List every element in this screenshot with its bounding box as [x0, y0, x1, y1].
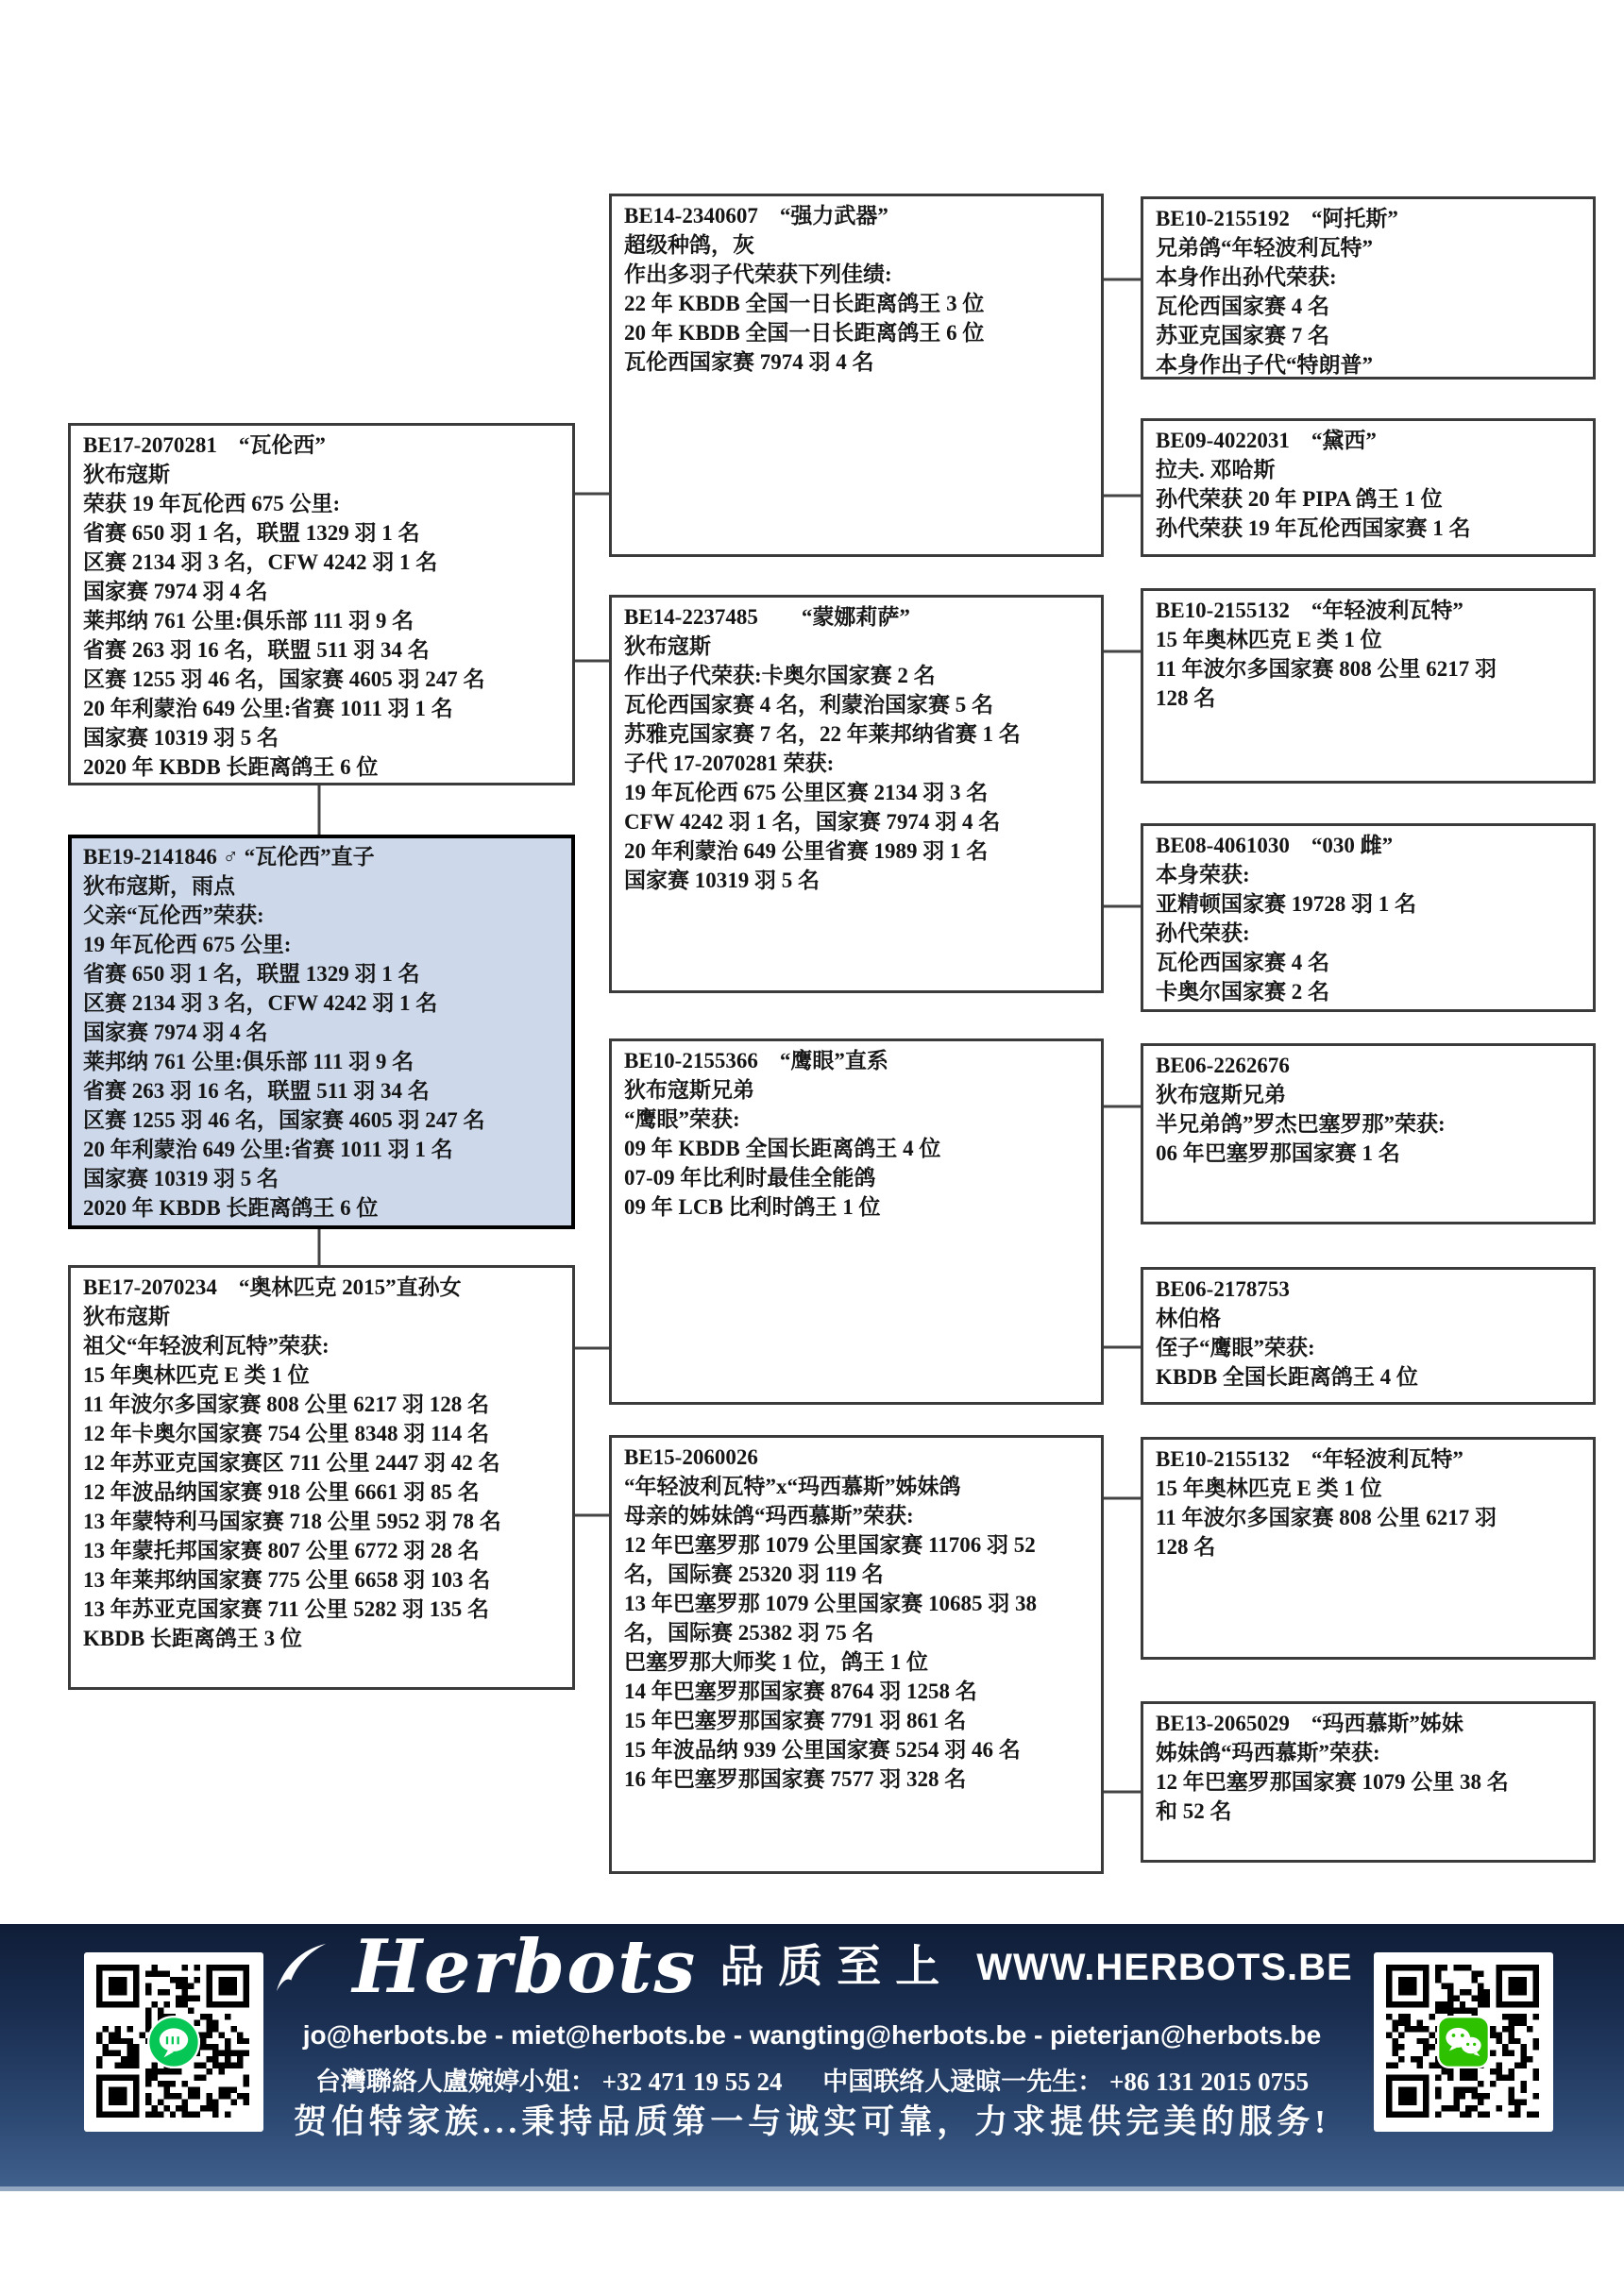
text-line: 荣获 19 年瓦伦西 675 公里:	[83, 489, 565, 518]
text-line: 孙代荣获:	[1156, 919, 1585, 948]
line-qr-code	[84, 1952, 263, 2132]
text-line: 区赛 1255 羽 46 名，国家赛 4605 羽 247 名	[83, 665, 565, 694]
text-line: 孙代荣获 20 年 PIPA 鸽王 1 位	[1156, 484, 1585, 514]
text-line: 拉夫. 邓哈斯	[1156, 455, 1585, 484]
text-line: 12 年巴塞罗那国家赛 1079 公里 38 名	[1156, 1767, 1585, 1797]
text-line: 半兄弟鸽”罗杰巴塞罗那”荣获:	[1156, 1109, 1585, 1139]
text-line: 11 年波尔多国家赛 808 公里 6217 羽 128 名	[83, 1390, 565, 1419]
text-line: 16 年巴塞罗那国家赛 7577 羽 328 名	[624, 1764, 1093, 1794]
text-line: 苏亚克国家赛 7 名	[1156, 321, 1585, 350]
text-line: 13 年巴塞罗那 1079 公里国家赛 10685 羽 38	[624, 1589, 1093, 1618]
text-line: 和 52 名	[1156, 1797, 1585, 1826]
text-line: 区赛 1255 羽 46 名，国家赛 4605 羽 247 名	[83, 1106, 565, 1135]
text-line: 亚精顿国家赛 19728 羽 1 名	[1156, 889, 1585, 919]
text-line: 13 年蒙托邦国家赛 807 公里 6772 羽 28 名	[83, 1536, 565, 1565]
text-line: 本身作出孙代荣获:	[1156, 262, 1585, 292]
text-line: 狄布寇斯	[624, 632, 1093, 661]
pedigree-box-ggp-5: BE06-2262676狄布寇斯兄弟半兄弟鸽”罗杰巴塞罗那”荣获:06 年巴塞罗…	[1141, 1043, 1596, 1224]
footer-content: Herbots 品质至上 WWW.HERBOTS.BE jo@herbots.b…	[241, 1924, 1383, 2186]
text-line: “鹰眼”荣获:	[624, 1105, 1093, 1134]
footer-banner: Herbots 品质至上 WWW.HERBOTS.BE jo@herbots.b…	[0, 1924, 1624, 2191]
text-line: 07-09 年比利时最佳全能鸽	[624, 1163, 1093, 1192]
text-line: 区赛 2134 羽 3 名，CFW 4242 羽 1 名	[83, 548, 565, 577]
text-line: 巴塞罗那大师奖 1 位，鸽王 1 位	[624, 1647, 1093, 1677]
text-line: 省赛 650 羽 1 名，联盟 1329 羽 1 名	[83, 959, 565, 988]
text-line: 11 年波尔多国家赛 808 公里 6217 羽	[1156, 654, 1585, 684]
text-line: 瓦伦西国家赛 4 名	[1156, 292, 1585, 321]
text-line: 15 年波品纳 939 公里国家赛 5254 羽 46 名	[624, 1735, 1093, 1764]
wechat-qr-code	[1374, 1952, 1553, 2132]
text-line: 12 年巴塞罗那 1079 公里国家赛 11706 羽 52	[624, 1530, 1093, 1560]
text-line: 22 年 KBDB 全国一日长距离鸽王 3 位	[624, 289, 1093, 318]
text-line: 12 年苏亚克国家赛区 711 公里 2447 羽 42 名	[83, 1448, 565, 1477]
wechat-app-icon	[1437, 2016, 1490, 2068]
text-line: 子代 17-2070281 荣获:	[624, 749, 1093, 778]
text-line: 超级种鸽，灰	[624, 230, 1093, 260]
text-line: 20 年利蒙治 649 公里省赛 1989 羽 1 名	[624, 836, 1093, 866]
text-line: 苏雅克国家赛 7 名，22 年莱邦纳省赛 1 名	[624, 719, 1093, 749]
pedigree-box-father: BE17-2070281 “瓦伦西”狄布寇斯荣获 19 年瓦伦西 675 公里:…	[68, 423, 575, 785]
text-line: 20 年利蒙治 649 公里:省赛 1011 羽 1 名	[83, 694, 565, 723]
text-line: 莱邦纳 761 公里:俱乐部 111 羽 9 名	[83, 1047, 565, 1076]
text-line: 姊妹鸽“玛西慕斯”荣获:	[1156, 1738, 1585, 1767]
text-line: 省赛 650 羽 1 名，联盟 1329 羽 1 名	[83, 518, 565, 548]
pedigree-box-ggp-8: BE13-2065029 “玛西慕斯”姊妹姊妹鸽“玛西慕斯”荣获:12 年巴塞罗…	[1141, 1701, 1596, 1863]
pedigree-box-grandsire-paternal: BE14-2340607 “强力武器”超级种鸽，灰作出多羽子代荣获下列佳绩:22…	[609, 194, 1104, 557]
text-line: 国家赛 10319 羽 5 名	[83, 1164, 565, 1193]
contact-taiwan: 台灣聯絡人盧婉婷小姐： +32 471 19 55 24	[315, 2068, 783, 2096]
text-line: 15 年奥林匹克 E 类 1 位	[1156, 1474, 1585, 1503]
text-line: KBDB 长距离鸽王 3 位	[83, 1624, 565, 1653]
text-line: 孙代荣获 19 年瓦伦西国家赛 1 名	[1156, 514, 1585, 543]
text-line: 128 名	[1156, 684, 1585, 713]
text-line: 11 年波尔多国家赛 808 公里 6217 羽	[1156, 1503, 1585, 1532]
pedigree-box-granddam-paternal: BE14-2237485 “蒙娜莉萨”狄布寇斯作出子代荣获:卡奥尔国家赛 2 名…	[609, 595, 1104, 993]
text-line: 兄弟鸽“年轻波利瓦特”	[1156, 233, 1585, 262]
feather-icon	[271, 1938, 330, 1997]
text-line: 狄布寇斯，雨点	[83, 871, 565, 901]
text-line: BE13-2065029 “玛西慕斯”姊妹	[1156, 1709, 1585, 1738]
pedigree-box-granddam-maternal: BE15-2060026“年轻波利瓦特”x“玛西慕斯”姊妹鸽母亲的姊妹鸽“玛西慕…	[609, 1435, 1104, 1874]
text-line: 15 年巴塞罗那国家赛 7791 羽 861 名	[624, 1706, 1093, 1735]
text-line: 128 名	[1156, 1532, 1585, 1562]
text-line: 19 年瓦伦西 675 公里:	[83, 930, 565, 959]
text-line: 区赛 2134 羽 3 名，CFW 4242 羽 1 名	[83, 988, 565, 1018]
website-url[interactable]: WWW.HERBOTS.BE	[976, 1947, 1352, 1989]
text-line: BE17-2070281 “瓦伦西”	[83, 430, 565, 460]
text-line: 名，国际赛 25320 羽 119 名	[624, 1560, 1093, 1589]
text-line: 国家赛 10319 羽 5 名	[83, 723, 565, 752]
text-line: BE09-4022031 “黛西”	[1156, 426, 1585, 455]
pedigree-box-grandsire-maternal: BE10-2155366 “鹰眼”直系狄布寇斯兄弟“鹰眼”荣获:09 年 KBD…	[609, 1038, 1104, 1405]
text-line: 09 年 LCB 比利时鸽王 1 位	[624, 1192, 1093, 1222]
text-line: 莱邦纳 761 公里:俱乐部 111 羽 9 名	[83, 606, 565, 635]
text-line: BE14-2237485 “蒙娜莉萨”	[624, 602, 1093, 632]
text-line: BE08-4061030 “030 雌”	[1156, 831, 1585, 860]
text-line: 卡奥尔国家赛 2 名	[1156, 977, 1585, 1006]
pedigree-box-ggp-6: BE06-2178753林伯格侄子“鹰眼”荣获:KBDB 全国长距离鸽王 4 位	[1141, 1267, 1596, 1405]
pedigree-box-mother: BE17-2070234 “奥林匹克 2015”直孙女狄布寇斯祖父“年轻波利瓦特…	[68, 1265, 575, 1690]
text-line: BE10-2155132 “年轻波利瓦特”	[1156, 1444, 1585, 1474]
text-line: 母亲的姊妹鸽“玛西慕斯”荣获:	[624, 1501, 1093, 1530]
text-line: 2020 年 KBDB 长距离鸽王 6 位	[83, 1193, 565, 1223]
brand-logo-text: Herbots	[352, 1926, 697, 2009]
text-line: 父亲“瓦伦西”荣获:	[83, 901, 565, 930]
text-line: 侄子“鹰眼”荣获:	[1156, 1333, 1585, 1362]
text-line: 作出子代荣获:卡奥尔国家赛 2 名	[624, 661, 1093, 690]
text-line: 20 年 KBDB 全国一日长距离鸽王 6 位	[624, 318, 1093, 347]
text-line: 瓦伦西国家赛 7974 羽 4 名	[624, 347, 1093, 377]
text-line: 2020 年 KBDB 长距离鸽王 6 位	[83, 752, 565, 782]
text-line: BE10-2155192 “阿托斯”	[1156, 204, 1585, 233]
text-line: 狄布寇斯兄弟	[624, 1075, 1093, 1105]
text-line: 20 年利蒙治 649 公里:省赛 1011 羽 1 名	[83, 1135, 565, 1164]
text-line: 瓦伦西国家赛 4 名，利蒙治国家赛 5 名	[624, 690, 1093, 719]
text-line: BE10-2155366 “鹰眼”直系	[624, 1046, 1093, 1075]
pedigree-box-ggp-4: BE08-4061030 “030 雌”本身荣获:亚精顿国家赛 19728 羽 …	[1141, 823, 1596, 1012]
text-line: CFW 4242 羽 1 名，国家赛 7974 羽 4 名	[624, 807, 1093, 836]
pedigree-page: BE17-2070281 “瓦伦西”狄布寇斯荣获 19 年瓦伦西 675 公里:…	[0, 0, 1624, 2296]
text-line: 13 年蒙特利马国家赛 718 公里 5952 羽 78 名	[83, 1507, 565, 1536]
text-line: 14 年巴塞罗那国家赛 8764 羽 1258 名	[624, 1677, 1093, 1706]
text-line: BE14-2340607 “强力武器”	[624, 201, 1093, 230]
contact-emails[interactable]: jo@herbots.be - miet@herbots.be - wangti…	[241, 2020, 1383, 2051]
text-line: KBDB 全国长距离鸽王 4 位	[1156, 1362, 1585, 1392]
text-line: BE15-2060026	[624, 1443, 1093, 1472]
text-line: 国家赛 7974 羽 4 名	[83, 577, 565, 606]
text-line: 19 年瓦伦西 675 公里区赛 2134 羽 3 名	[624, 778, 1093, 807]
line-app-icon	[147, 2016, 200, 2068]
contact-phones: 台灣聯絡人盧婉婷小姐： +32 471 19 55 24 中国联络人逯晾一先生：…	[241, 2061, 1383, 2098]
text-line: 09 年 KBDB 全国长距离鸽王 4 位	[624, 1134, 1093, 1163]
text-line: BE19-2141846 ♂ “瓦伦西”直子	[83, 842, 565, 871]
text-line: 省赛 263 羽 16 名，联盟 511 羽 34 名	[83, 1076, 565, 1106]
text-line: 本身作出子代“特朗普”	[1156, 350, 1585, 380]
text-line: BE10-2155132 “年轻波利瓦特”	[1156, 596, 1585, 625]
text-line: 15 年奥林匹克 E 类 1 位	[1156, 625, 1585, 654]
text-line: 06 年巴塞罗那国家赛 1 名	[1156, 1139, 1585, 1168]
text-line: 12 年卡奥尔国家赛 754 公里 8348 羽 114 名	[83, 1419, 565, 1448]
text-line: 15 年奥林匹克 E 类 1 位	[83, 1360, 565, 1390]
text-line: 狄布寇斯兄弟	[1156, 1080, 1585, 1109]
text-line: 林伯格	[1156, 1304, 1585, 1333]
text-line: BE06-2262676	[1156, 1051, 1585, 1080]
footer-logo-row: Herbots 品质至上 WWW.HERBOTS.BE	[241, 1926, 1383, 2009]
text-line: 瓦伦西国家赛 4 名	[1156, 948, 1585, 977]
pedigree-box-ggp-7: BE10-2155132 “年轻波利瓦特”15 年奥林匹克 E 类 1 位11 …	[1141, 1437, 1596, 1660]
text-line: 13 年莱邦纳国家赛 775 公里 6658 羽 103 名	[83, 1565, 565, 1595]
text-line: “年轻波利瓦特”x“玛西慕斯”姊妹鸽	[624, 1472, 1093, 1501]
text-line: BE06-2178753	[1156, 1275, 1585, 1304]
pedigree-box-ggp-2: BE09-4022031 “黛西”拉夫. 邓哈斯孙代荣获 20 年 PIPA 鸽…	[1141, 418, 1596, 557]
text-line: 国家赛 7974 羽 4 名	[83, 1018, 565, 1047]
contact-china: 中国联络人逯晾一先生： +86 131 2015 0755	[822, 2068, 1309, 2096]
text-line: 狄布寇斯	[83, 460, 565, 489]
text-line: 本身荣获:	[1156, 860, 1585, 889]
brand-slogan: 品质至上	[719, 1939, 954, 1996]
text-line: 祖父“年轻波利瓦特”荣获:	[83, 1331, 565, 1360]
text-line: 作出多羽子代荣获下列佳绩:	[624, 260, 1093, 289]
text-line: 狄布寇斯	[83, 1302, 565, 1331]
text-line: 国家赛 10319 羽 5 名	[624, 866, 1093, 895]
pedigree-box-ggp-3: BE10-2155132 “年轻波利瓦特”15 年奥林匹克 E 类 1 位11 …	[1141, 588, 1596, 784]
text-line: 12 年波品纳国家赛 918 公里 6661 羽 85 名	[83, 1477, 565, 1507]
text-line: 名，国际赛 25382 羽 75 名	[624, 1618, 1093, 1647]
text-line: BE17-2070234 “奥林匹克 2015”直孙女	[83, 1273, 565, 1302]
footer-tagline: 贺伯特家族...秉持品质第一与诚实可靠，力求提供完美的服务!	[241, 2096, 1383, 2143]
text-line: 省赛 263 羽 16 名，联盟 511 羽 34 名	[83, 635, 565, 665]
text-line: 13 年苏亚克国家赛 711 公里 5282 羽 135 名	[83, 1595, 565, 1624]
pedigree-box-subject: BE19-2141846 ♂ “瓦伦西”直子狄布寇斯，雨点父亲“瓦伦西”荣获:1…	[68, 835, 575, 1229]
pedigree-box-ggp-1: BE10-2155192 “阿托斯”兄弟鸽“年轻波利瓦特”本身作出孙代荣获:瓦伦…	[1141, 196, 1596, 380]
